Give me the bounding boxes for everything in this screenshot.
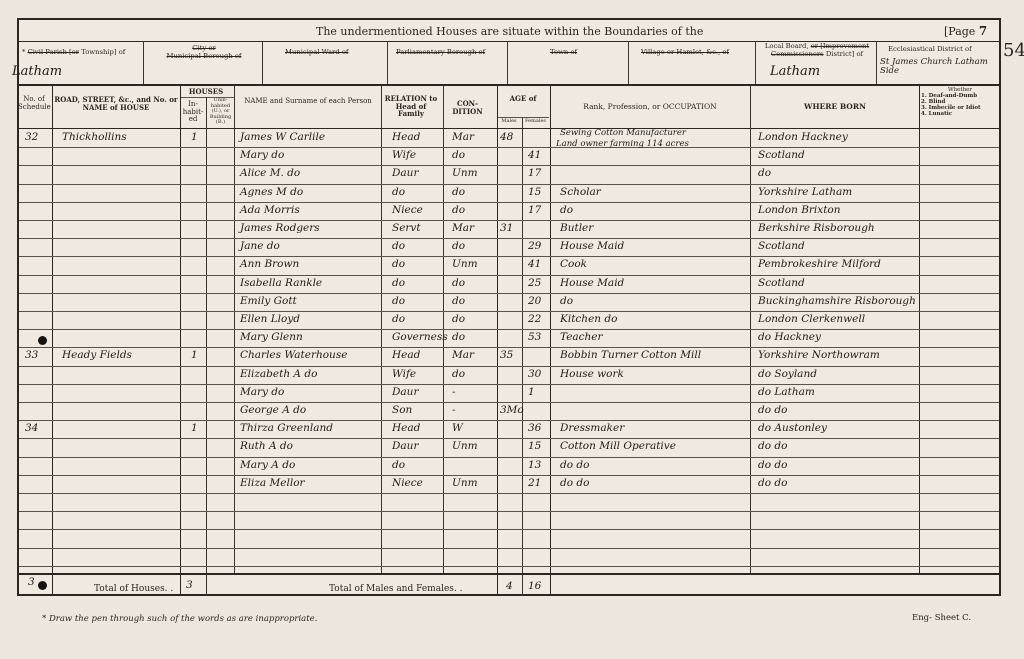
person-name: Alice M. do: [240, 167, 300, 179]
condition: do: [452, 331, 465, 343]
total-males-value: 4: [506, 580, 513, 592]
where-born: do Soyland: [758, 368, 817, 380]
relation: do: [392, 258, 405, 270]
page-title: The undermentioned Houses are situate wi…: [316, 25, 703, 38]
occupation: do do: [560, 477, 589, 489]
relation: do: [392, 295, 405, 307]
condition: Unm: [452, 167, 478, 179]
occupation-secondary: Land owner farming 114 acres: [556, 139, 689, 149]
col-houses-header: HOUSES: [180, 88, 232, 96]
col-condition-header: CON- DITION: [445, 100, 490, 115]
person-name: George A do: [240, 404, 306, 416]
row-divider: [19, 402, 999, 403]
condition: Mar: [452, 222, 474, 234]
person-name: Mary A do: [240, 459, 295, 471]
col-road-header: ROAD, STREET, &c., and No. or NAME of HO…: [54, 96, 178, 111]
margin-folio-number: 54: [1003, 40, 1024, 61]
row-divider: [19, 347, 999, 348]
person-name: James W Carlile: [240, 131, 325, 143]
inhabited-count: 1: [191, 349, 198, 361]
region-ecclesiastical-label: Ecclesiastical District of: [888, 45, 972, 53]
person-name: Agnes M do: [240, 186, 303, 198]
region-local-board-value: Latham: [770, 64, 820, 79]
person-name: Eliza Mellor: [240, 477, 305, 489]
person-name: James Rodgers: [240, 222, 320, 234]
occupation: Butler: [560, 222, 593, 234]
row-divider: [19, 329, 999, 330]
condition: -: [452, 386, 456, 398]
row-divider: [19, 420, 999, 421]
col-occupation-header: Rank, Profession, or OCCUPATION: [552, 103, 748, 111]
where-born: London Clerkenwell: [758, 313, 865, 325]
row-divider: [19, 275, 999, 276]
relation: Daur: [392, 440, 418, 452]
condition: do: [452, 277, 465, 289]
where-born: do do: [758, 459, 787, 471]
relation: Daur: [392, 167, 418, 179]
row-divider: [19, 566, 999, 567]
col-uninhabited-header: Unin- habited (U.), or Building (B.): [207, 98, 234, 126]
region-municipal-ward-label: Municipal Ward of: [285, 48, 348, 56]
row-divider: [19, 293, 999, 294]
relation: do: [392, 313, 405, 325]
where-born: do do: [758, 440, 787, 452]
col-schedule-header: No. of Schedule: [18, 96, 50, 111]
schedule-number: 32: [25, 131, 38, 143]
row-divider: [19, 311, 999, 312]
sheet-label: Eng- Sheet C.: [912, 613, 971, 623]
condition: do: [452, 368, 465, 380]
female-age: 21: [528, 477, 541, 489]
person-name: Ellen Lloyd: [240, 313, 300, 325]
total-persons-label: Total of Males and Females. .: [329, 584, 463, 594]
inhabited-count: 1: [191, 131, 198, 143]
where-born: Pembrokeshire Milford: [758, 258, 881, 270]
person-name: Mary do: [240, 149, 284, 161]
row-divider: [19, 366, 999, 367]
where-born: do Latham: [758, 386, 815, 398]
female-age: 53: [528, 331, 541, 343]
row-divider: [19, 457, 999, 458]
occupation: Cook: [560, 258, 587, 270]
female-age: 41: [528, 258, 541, 270]
where-born: Yorkshire Northowram: [758, 349, 880, 361]
col-inhabited-header: In- habit- ed: [181, 101, 205, 124]
female-age: 30: [528, 368, 541, 380]
col-where-born-header: WHERE BORN: [752, 103, 918, 111]
female-age: 36: [528, 422, 541, 434]
region-civil-parish-label: * Civil Parish [or Township] of: [22, 48, 125, 56]
col-males-header: Males: [497, 119, 521, 125]
person-name: Isabella Rankle: [240, 277, 322, 289]
row-divider: [19, 256, 999, 257]
occupation: House Maid: [560, 240, 624, 252]
region-ecclesiastical-value: St James Church Latham Side: [880, 58, 1000, 77]
row-divider: [19, 493, 999, 494]
relation: Niece: [392, 204, 423, 216]
relation: Son: [392, 404, 412, 416]
male-age: 35: [500, 349, 513, 361]
relation: do: [392, 277, 405, 289]
road-name: Thickhollins: [62, 131, 127, 143]
female-age: 1: [528, 386, 535, 398]
occupation: Dressmaker: [560, 422, 624, 434]
occupation: Sewing Cotton Manufacturer: [560, 128, 686, 138]
row-divider: [19, 184, 999, 185]
where-born: Scotland: [758, 277, 805, 289]
road-name: Heady Fields: [62, 349, 132, 361]
person-name: Jane do: [240, 240, 280, 252]
occupation: House work: [560, 368, 624, 380]
relation: Daur: [392, 386, 418, 398]
condition: -: [452, 404, 456, 416]
female-age: 29: [528, 240, 541, 252]
person-name: Ada Morris: [240, 204, 300, 216]
relation: do: [392, 240, 405, 252]
female-age: 17: [528, 204, 541, 216]
person-name: Thirza Greenland: [240, 422, 333, 434]
condition: Unm: [452, 440, 478, 452]
female-age: 41: [528, 149, 541, 161]
region-civil-parish-value: Latham: [12, 64, 62, 79]
occupation: Teacher: [560, 331, 603, 343]
ink-blot: [38, 581, 47, 590]
schedule-number: 34: [25, 422, 38, 434]
col-disability-header: Whether 1. Deaf-and-Dumb 2. Blind 3. Imb…: [921, 87, 999, 117]
occupation: House Maid: [560, 277, 624, 289]
where-born: Buckinghamshire Risborough: [758, 295, 916, 307]
row-divider: [19, 438, 999, 439]
total-females-value: 16: [528, 580, 541, 592]
condition: do: [452, 186, 465, 198]
occupation: Cotton Mill Operative: [560, 440, 676, 452]
where-born: do Hackney: [758, 331, 821, 343]
female-age: 17: [528, 167, 541, 179]
where-born: Scotland: [758, 240, 805, 252]
total-houses-label: Total of Houses. .: [94, 584, 173, 594]
row-divider: [19, 220, 999, 221]
row-divider: [19, 202, 999, 203]
condition: do: [452, 149, 465, 161]
ink-blot: [38, 336, 47, 345]
female-age: 22: [528, 313, 541, 325]
page-number-value: 7: [979, 24, 987, 38]
condition: Mar: [452, 349, 474, 361]
female-age: 15: [528, 440, 541, 452]
page-number: [Page 7: [944, 24, 987, 38]
person-name: Ann Brown: [240, 258, 299, 270]
person-name: Mary do: [240, 386, 284, 398]
person-name: Charles Waterhouse: [240, 349, 347, 361]
where-born: do Austonley: [758, 422, 827, 434]
occupation: Bobbin Turner Cotton Mill: [560, 349, 701, 361]
female-age: 15: [528, 186, 541, 198]
condition: Mar: [452, 131, 474, 143]
col-relation-header: RELATION to Head of Family: [384, 95, 438, 118]
condition: do: [452, 295, 465, 307]
relation: Wife: [392, 368, 416, 380]
relation: Head: [392, 131, 420, 143]
occupation: do do: [560, 459, 589, 471]
occupation: Kitchen do: [560, 313, 617, 325]
where-born: do do: [758, 477, 787, 489]
relation: do: [392, 186, 405, 198]
person-name: Mary Glenn: [240, 331, 303, 343]
occupation: do: [560, 204, 573, 216]
col-age-header: AGE of: [497, 95, 549, 103]
where-born: Berkshire Risborough: [758, 222, 875, 234]
region-municipal-borough-label: City orMunicipal Borough of: [158, 44, 250, 60]
where-born: London Brixton: [758, 204, 841, 216]
row-divider: [19, 529, 999, 530]
where-born: Scotland: [758, 149, 805, 161]
region-town-label: Town of: [550, 48, 577, 56]
row-divider: [19, 548, 999, 549]
total-houses-value: 3: [186, 579, 193, 591]
page-label: [Page: [944, 25, 975, 38]
occupation: Scholar: [560, 186, 601, 198]
row-divider: [19, 384, 999, 385]
relation: Wife: [392, 149, 416, 161]
where-born: do do: [758, 404, 787, 416]
row-divider: [19, 147, 999, 148]
condition: Unm: [452, 258, 478, 270]
region-village-label: Village or Hamlet, &c., of: [641, 48, 729, 56]
region-parliamentary-borough-label: Parliamentary Borough of: [396, 48, 485, 56]
condition: do: [452, 313, 465, 325]
col-females-header: Females: [522, 119, 549, 125]
relation: Governess: [392, 331, 448, 343]
col-name-header: NAME and Surname of each Person: [238, 98, 378, 106]
region-local-board-label: Local Board, or [ImprovementCommissioner…: [758, 42, 876, 59]
person-name: Emily Gott: [240, 295, 297, 307]
where-born: Yorkshire Latham: [758, 186, 852, 198]
male-age: 31: [500, 222, 513, 234]
where-born: London Hackney: [758, 131, 848, 143]
male-age: 3Mo: [500, 404, 524, 416]
occupation: do: [560, 295, 573, 307]
relation: Servt: [392, 222, 421, 234]
person-name: Ruth A do: [240, 440, 293, 452]
female-age: 13: [528, 459, 541, 471]
female-age: 20: [528, 295, 541, 307]
female-age: 25: [528, 277, 541, 289]
relation: do: [392, 459, 405, 471]
relation: Niece: [392, 477, 423, 489]
schedule-number: 33: [25, 349, 38, 361]
disability-item: 4. Lunatic: [921, 111, 999, 117]
where-born: do: [758, 167, 771, 179]
condition: Unm: [452, 477, 478, 489]
footer-note: * Draw the pen through such of the words…: [42, 614, 317, 624]
row-divider: [19, 511, 999, 512]
condition: do: [452, 240, 465, 252]
condition: W: [452, 422, 463, 434]
row-divider: [19, 165, 999, 166]
total-schedules: 3: [28, 576, 35, 588]
inhabited-count: 1: [191, 422, 198, 434]
row-divider: [19, 475, 999, 476]
relation: Head: [392, 349, 420, 361]
row-divider: [19, 238, 999, 239]
condition: do: [452, 204, 465, 216]
person-name: Elizabeth A do: [240, 368, 317, 380]
relation: Head: [392, 422, 420, 434]
male-age: 48: [500, 131, 513, 143]
